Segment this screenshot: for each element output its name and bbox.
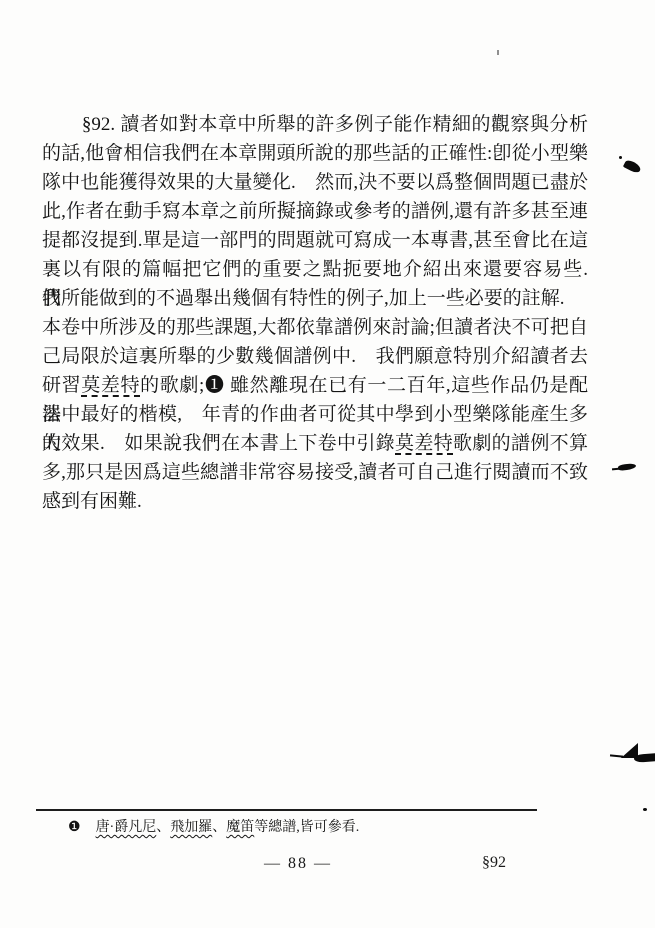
text-line: 己局限於這裏所舉的少數幾個譜例中. 我們願意特別介紹讀者去: [42, 342, 588, 371]
ink-speck: [643, 808, 647, 811]
text-segment: 隊中也能獲得效果的大量變化. 然而,決不要以爲整個問題已盡於: [42, 172, 588, 193]
ink-speck: [610, 754, 623, 757]
text-segment: 本卷中所涉及的那些課題,大都依靠譜例來討論;但讀者決不可把自: [42, 317, 588, 338]
footnote-marker-icon: ❶: [68, 817, 81, 839]
text-segment: 的效果. 如果說我們在本書上下卷中引錄: [42, 433, 395, 454]
proper-noun-underline: 莫差特: [81, 375, 140, 396]
text-line: 此,作者在動手寫本章之前所擬摘錄或參考的譜例,還有許多甚至連: [42, 197, 588, 226]
text-segment: 多,那只是因爲這些總譜非常容易接受,讀者可自己進行閱讀而不致: [42, 462, 588, 483]
footnote: ❶唐·爵凡尼、飛加羅、魔笛等總譜,皆可參看.: [42, 817, 562, 839]
text-line: 提都沒提到.單是這一部門的問題就可寫成一本專書,甚至會比在這: [42, 226, 588, 255]
text-segment: 們所能做到的不過舉出幾個有特性的例子,加上一些必要的註解.: [42, 288, 565, 309]
text-line: 本卷中所涉及的那些課題,大都依靠譜例來討論;但讀者決不可把自: [42, 313, 588, 342]
text-segment: 、: [156, 820, 170, 835]
text-segment: 此,作者在動手寫本章之前所擬摘錄或參考的譜例,還有許多甚至連: [42, 201, 588, 222]
book-title-underline: 飛加羅: [170, 820, 212, 835]
text-line: 法中最好的楷模, 年青的作曲者可從其中學到小型樂隊能產生多大: [42, 400, 588, 429]
text-line: 的話,他會相信我們在本章開頭所說的那些話的正確性:卽從小型樂: [42, 139, 588, 168]
text-segment: 、: [212, 820, 226, 835]
footnote-separator: [36, 809, 537, 811]
text-line: 裏以有限的篇幅把它們的重要之點扼要地介紹出來還要容易些. 我: [42, 255, 588, 284]
ink-smudge: [634, 753, 655, 763]
text-line: 研習莫差特的歌劇;❶ 雖然離現在已有一二百年,這些作品仍是配器: [42, 371, 588, 400]
text-segment: 等總譜,皆可參看.: [254, 820, 359, 835]
text-line: 隊中也能獲得效果的大量變化. 然而,決不要以爲整個問題已盡於: [42, 168, 588, 197]
ink-smudge: [618, 463, 637, 471]
text-segment: 提都沒提到.單是這一部門的問題就可寫成一本專書,甚至會比在這: [42, 230, 588, 251]
book-title-underline: 魔笛: [226, 820, 254, 835]
text-line: 們所能做到的不過舉出幾個有特性的例子,加上一些必要的註解.: [42, 284, 588, 313]
page-number: — 88 —: [264, 855, 332, 873]
proper-noun-underline: 莫差特: [395, 433, 453, 454]
book-title-underline: 唐·爵凡尼: [96, 820, 157, 835]
text-segment: 歌劇的譜例不算: [453, 433, 588, 454]
ink-speck: [619, 156, 622, 159]
text-line: 多,那只是因爲這些總譜非常容易接受,讀者可自己進行閱讀而不致: [42, 458, 588, 487]
book-page: §92. 讀者如對本章中所舉的許多例子能作精細的觀察與分析的話,他會相信我們在本…: [0, 0, 655, 928]
main-paragraph: §92. 讀者如對本章中所舉的許多例子能作精細的觀察與分析的話,他會相信我們在本…: [42, 110, 588, 516]
footnote-text: 唐·爵凡尼、飛加羅、魔笛等總譜,皆可參看.: [96, 820, 360, 835]
section-reference: §92: [482, 854, 506, 872]
ink-speck: [497, 50, 499, 55]
text-segment: 感到有困難.: [42, 491, 142, 512]
text-line: 感到有困難.: [42, 487, 588, 516]
text-segment: 的話,他會相信我們在本章開頭所說的那些話的正確性:卽從小型樂: [42, 143, 588, 164]
text-line: §92. 讀者如對本章中所舉的許多例子能作精細的觀察與分析: [42, 110, 588, 139]
text-segment: §92. 讀者如對本章中所舉的許多例子能作精細的觀察與分析: [82, 114, 588, 135]
text-segment: 研習: [42, 375, 81, 396]
ink-smudge: [623, 159, 642, 175]
text-segment: 己局限於這裏所舉的少數幾個譜例中. 我們願意特別介紹讀者去: [42, 346, 588, 367]
text-line: 的效果. 如果說我們在本書上下卷中引錄莫差特歌劇的譜例不算: [42, 429, 588, 458]
